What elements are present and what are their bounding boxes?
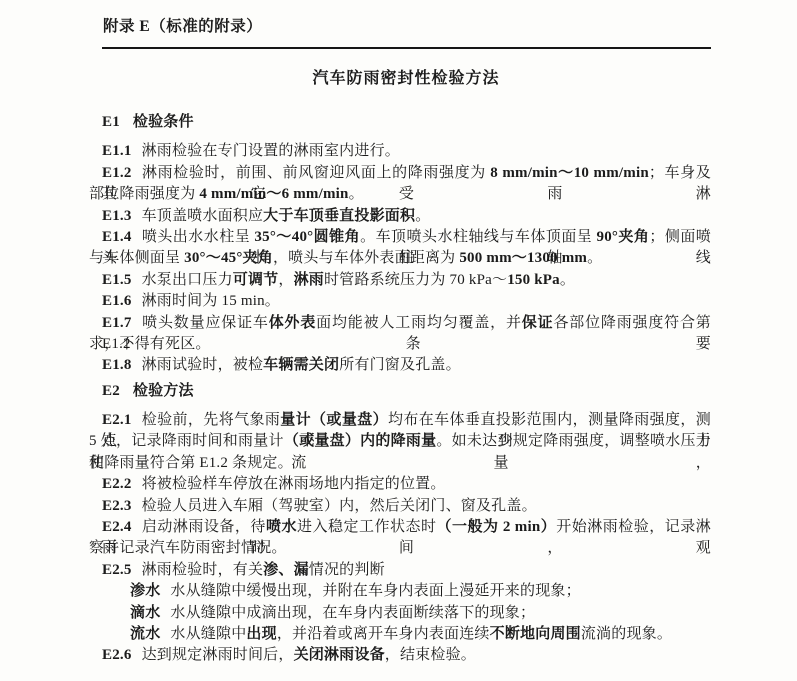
clause-line-e2-1: E2.1检验前，先将气象雨量计（或量盘）均布在车体垂直投影范围内，测量降雨强度，… bbox=[89, 410, 711, 431]
header-divider-rule bbox=[102, 47, 711, 49]
clause-text: 。 bbox=[349, 186, 364, 202]
clause-text: 车顶盖喷水面积应 bbox=[142, 208, 264, 224]
clause-line-e2-2: E2.2将被检验样车停放在淋雨场地内指定的位置。 bbox=[89, 474, 711, 495]
clause-emphasis: 量计（或量盘） bbox=[280, 412, 388, 428]
clause-emphasis: 车辆需关闭 bbox=[263, 357, 339, 373]
section-heading-e2: E2检验方法 bbox=[89, 381, 711, 402]
clause-text: 淋雨试验时，被检 bbox=[142, 357, 264, 373]
clause-emphasis: 关闭淋雨设备 bbox=[294, 647, 385, 663]
clause-text: ，喷头与车体外表面距离为 bbox=[273, 250, 459, 266]
section-label: E2 bbox=[102, 383, 120, 399]
clause-emphasis: 可调节 bbox=[233, 272, 279, 288]
clause-value: 30°～45°夹角 bbox=[184, 250, 273, 266]
clause-line-e1-4: E1.4喷头出水水柱呈 35°～40°圆锥角。车顶喷头水柱轴线与车体顶面呈 90… bbox=[89, 227, 711, 248]
clause-label: E2.2 bbox=[102, 476, 132, 492]
clause-label: E1.8 bbox=[102, 357, 132, 373]
clause-label: E1.1 bbox=[102, 143, 132, 159]
definition-text: 流淌的现象。 bbox=[581, 626, 672, 642]
clause-text: 淋雨检验在专门设置的淋雨室内进行。 bbox=[142, 143, 400, 159]
clause-text: 时管路系统压力为 70 kPa～ bbox=[324, 272, 507, 288]
definition-line-shenshui: 渗水水从缝隙中缓慢出现，并附在车身内表面上漫延开来的现象； bbox=[89, 581, 711, 602]
clause-text: 察并记录汽车防雨密封情况。 bbox=[89, 540, 287, 556]
appendix-label: 附录 E（标准的附录） bbox=[103, 14, 262, 36]
section-heading-text: 检验方法 bbox=[133, 383, 194, 399]
clause-line-e2-1-cont: 5 处，记录降雨时间和雨量计（或量盘）内的降雨量。如未达到规定降雨强度，调整喷水… bbox=[89, 431, 711, 452]
clause-text: 进入稳定工作状态时 bbox=[297, 519, 437, 535]
clause-text: 淋雨时间为 15 min。 bbox=[142, 293, 280, 309]
clause-text: 喷头出水水柱呈 bbox=[142, 229, 255, 245]
clause-emphasis: 大于车顶垂直投影面积 bbox=[263, 208, 415, 224]
section-heading-e1: E1检验条件 bbox=[89, 112, 711, 133]
clause-label: E2.1 bbox=[102, 412, 132, 428]
clause-line-e1-6: E1.6淋雨时间为 15 min。 bbox=[89, 291, 711, 312]
clause-text: 。 bbox=[415, 208, 430, 224]
definition-line-liushui: 流水水从缝隙中出现，并沿着或离开车身内表面连续不断地向周围流淌的现象。 bbox=[89, 624, 711, 645]
definition-text: 水从缝隙中成滴出现，在车身内表面断续落下的现象； bbox=[170, 605, 535, 621]
clause-line-e1-7: E1.7喷头数量应保证车体外表面均能被人工雨均匀覆盖，并保证各部位降雨强度符合第… bbox=[89, 313, 711, 334]
clause-emphasis: 渗、漏 bbox=[263, 562, 309, 578]
clause-emphasis: 喷水 bbox=[266, 519, 297, 535]
clause-line-e2-3: E2.3检验人员进入车厢（驾驶室）内，然后关闭门、窗及孔盖。 bbox=[89, 496, 711, 517]
clause-text: 启动淋雨设备，待 bbox=[142, 519, 266, 535]
clause-line-e1-3: E1.3车顶盖喷水面积应大于车顶垂直投影面积。 bbox=[89, 206, 711, 227]
clause-line-e2-5: E2.5淋雨检验时，有关渗、漏情况的判断 bbox=[89, 560, 711, 581]
clause-text: 。 bbox=[560, 272, 575, 288]
clause-text: 水泵出口压力 bbox=[142, 272, 233, 288]
clause-text: ，结束检验。 bbox=[385, 647, 476, 663]
clause-label: E2.4 bbox=[102, 519, 132, 535]
clause-emphasis: 淋雨 bbox=[294, 272, 324, 288]
definition-line-dishui: 滴水水从缝隙中成滴出现，在车身内表面断续落下的现象； bbox=[89, 603, 711, 624]
definition-term: 滴水 bbox=[130, 605, 160, 621]
scanned-document-page: 附录 E（标准的附录） 汽车防雨密封性检验方法 E1检验条件 E1.1淋雨检验在… bbox=[0, 0, 797, 681]
clause-value: 35°～40°圆锥角 bbox=[254, 229, 360, 245]
clause-text: 达到规定淋雨时间后， bbox=[142, 647, 294, 663]
clause-text: 检验人员进入车厢（驾驶室）内，然后关闭门、窗及孔盖。 bbox=[142, 498, 537, 514]
definition-text: 水从缝隙中 bbox=[170, 626, 246, 642]
clause-value: 150 kPa bbox=[507, 272, 560, 288]
clause-emphasis: 保证 bbox=[522, 315, 554, 331]
document-body: 汽车防雨密封性检验方法 E1检验条件 E1.1淋雨检验在专门设置的淋雨室内进行。… bbox=[89, 68, 711, 667]
clause-line-e1-1: E1.1淋雨检验在专门设置的淋雨室内进行。 bbox=[89, 141, 711, 162]
definition-term: 流水 bbox=[130, 626, 160, 642]
clause-label: E1.3 bbox=[102, 208, 132, 224]
clause-label: E2.5 bbox=[102, 562, 132, 578]
clause-text: 部位降雨强度为 bbox=[89, 186, 199, 202]
clause-text: 使降雨量符合第 E1.2 条规定。 bbox=[89, 455, 293, 471]
clause-text: 5 处，记录降雨时间和雨量计 bbox=[89, 433, 284, 449]
clause-text: 喷头数量应保证车 bbox=[142, 315, 269, 331]
section-heading-text: 检验条件 bbox=[133, 114, 194, 130]
definition-emphasis: 出现 bbox=[246, 626, 276, 642]
clause-line-e1-8: E1.8淋雨试验时，被检车辆需关闭所有门窗及孔盖。 bbox=[89, 355, 711, 376]
clause-line-e1-2: E1.2淋雨检验时，前围、前风窗迎风面上的降雨强度为 8 mm/min～10 m… bbox=[89, 163, 711, 184]
definition-text: ，并沿着或离开车身内表面连续 bbox=[277, 626, 490, 642]
clause-text: 所有门窗及孔盖。 bbox=[339, 357, 461, 373]
clause-label: E2.6 bbox=[102, 647, 132, 663]
clause-label: E1.6 bbox=[102, 293, 132, 309]
clause-value: 8 mm/min～10 mm/min bbox=[490, 165, 649, 181]
clause-label: E1.2 bbox=[102, 165, 132, 181]
clause-label: E2.3 bbox=[102, 498, 132, 514]
clause-emphasis: （或量盘）内的降雨量 bbox=[284, 433, 437, 449]
clause-text: 检验前，先将气象雨 bbox=[142, 412, 281, 428]
clause-label: E1.5 bbox=[102, 272, 132, 288]
section-label: E1 bbox=[102, 114, 120, 130]
document-title: 汽车防雨密封性检验方法 bbox=[89, 68, 711, 90]
clause-value: 500 mm～1300 mm bbox=[459, 250, 587, 266]
clause-line-e1-5: E1.5水泵出口压力可调节，淋雨时管路系统压力为 70 kPa～150 kPa。 bbox=[89, 270, 711, 291]
clause-text: 情况的判断 bbox=[309, 562, 385, 578]
clause-text: ， bbox=[278, 272, 293, 288]
clause-text: 淋雨检验时，前围、前风窗迎风面上的降雨强度为 bbox=[142, 165, 491, 181]
clause-text: 。 bbox=[587, 250, 602, 266]
clause-value: 90°夹角 bbox=[597, 229, 650, 245]
clause-value: （一般为 2 min） bbox=[437, 519, 557, 535]
clause-text: 。车顶喷头水柱轴线与车体顶面呈 bbox=[360, 229, 596, 245]
clause-text: 将被检验样车停放在淋雨场地内指定的位置。 bbox=[142, 476, 446, 492]
clause-value: 4 mm/min～6 mm/min bbox=[199, 186, 348, 202]
definition-term: 渗水 bbox=[130, 583, 160, 599]
clause-text: 求，不得有死区。 bbox=[89, 336, 211, 352]
definition-text: 水从缝隙中缓慢出现，并附在车身内表面上漫延开来的现象； bbox=[170, 583, 580, 599]
clause-emphasis: 体外表 bbox=[269, 315, 316, 331]
clause-label: E1.7 bbox=[102, 315, 132, 331]
clause-label: E1.4 bbox=[102, 229, 132, 245]
clause-line-e2-6: E2.6达到规定淋雨时间后，关闭淋雨设备，结束检验。 bbox=[89, 645, 711, 666]
clause-line-e2-4: E2.4启动淋雨设备，待喷水进入稳定工作状态时（一般为 2 min）开始淋雨检验… bbox=[89, 517, 711, 538]
definition-emphasis: 不断地向周围 bbox=[490, 626, 581, 642]
clause-text: 与车体侧面呈 bbox=[89, 250, 184, 266]
clause-text: 淋雨检验时，有关 bbox=[142, 562, 264, 578]
clause-text: 面均能被人工雨均匀覆盖，并 bbox=[316, 315, 522, 331]
